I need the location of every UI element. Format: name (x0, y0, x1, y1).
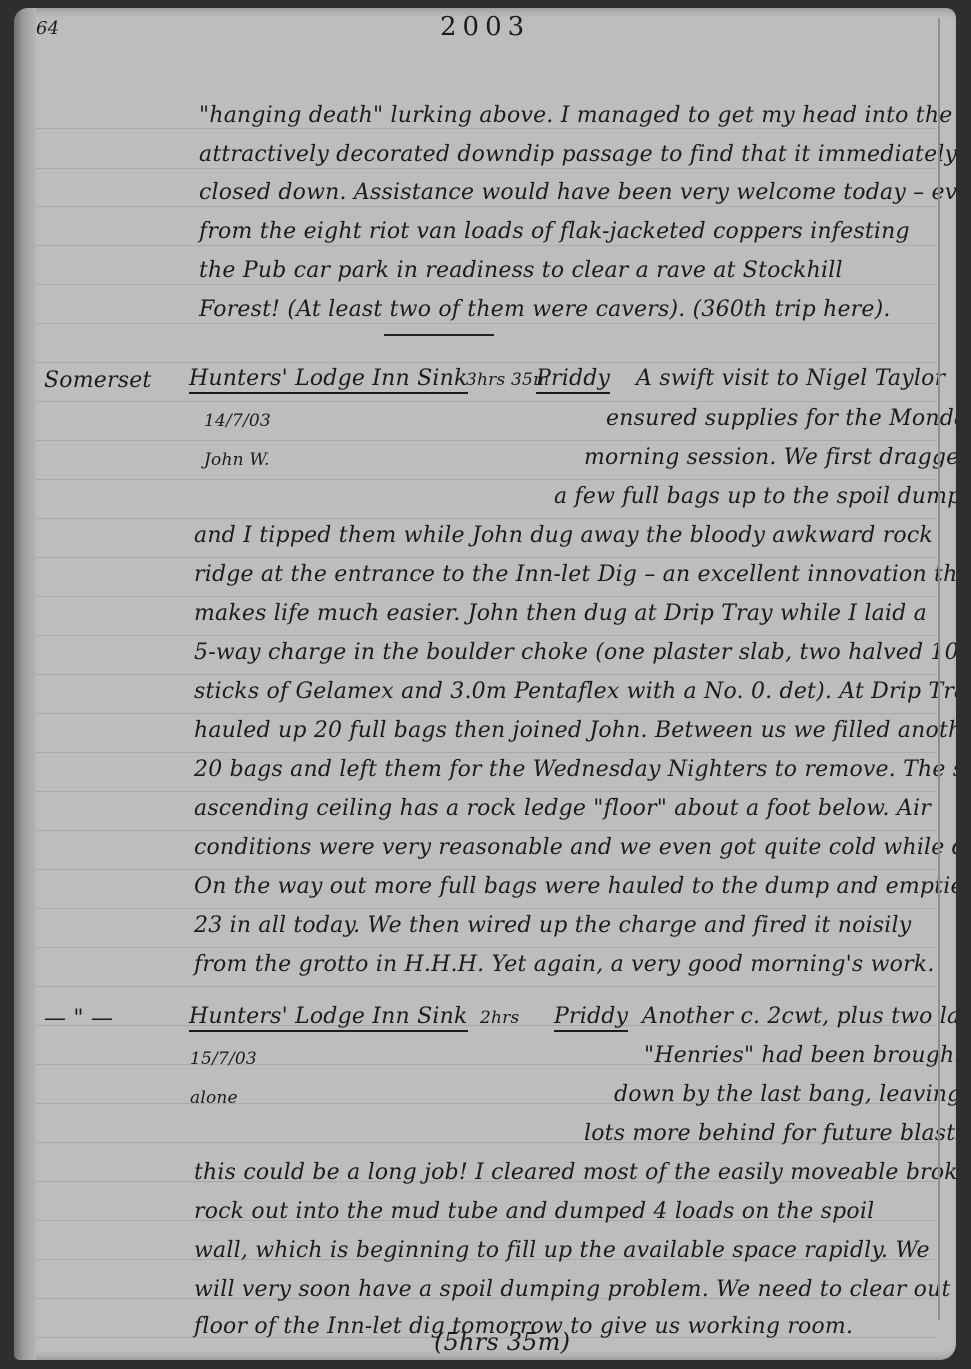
text-line: and I tipped them while John dug away th… (194, 523, 933, 548)
text-line: Forest! (At least two of them were caver… (199, 297, 891, 322)
entry-site: Hunters' Lodge Inn Sink (189, 366, 468, 394)
year-heading: 2003 (440, 12, 530, 42)
text-line: will very soon have a spoil dumping prob… (194, 1277, 956, 1302)
text-line: attractively decorated downdip passage t… (199, 142, 956, 167)
text-line: "hanging death" lurking above. I managed… (199, 103, 952, 128)
entry-companions: alone (190, 1088, 238, 1108)
text-line: ensured supplies for the Monday (606, 406, 956, 431)
entry-location: Priddy (536, 366, 610, 394)
text-line: ridge at the entrance to the Inn-let Dig… (194, 562, 956, 587)
text-line: conditions were very reasonable and we e… (194, 835, 956, 860)
entry-companions: John W. (204, 450, 270, 470)
text-line: makes life much easier. John then dug at… (194, 601, 927, 626)
text-line: this could be a long job! I cleared most… (194, 1160, 956, 1185)
text-line: 23 in all today. We then wired up the ch… (194, 913, 911, 938)
text-line: On the way out more full bags were haule… (194, 874, 956, 899)
total-duration: (5hrs 35m) (434, 1328, 570, 1356)
text-line: closed down. Assistance would have been … (199, 180, 956, 205)
text-line: wall, which is beginning to fill up the … (194, 1238, 930, 1263)
text-line: 20 bags and left them for the Wednesday … (194, 757, 956, 782)
entry-site: Hunters' Lodge Inn Sink (189, 1004, 468, 1032)
entry-region: Somerset (44, 368, 151, 393)
section-divider (384, 334, 494, 336)
text-line: ascending ceiling has a rock ledge "floo… (194, 796, 931, 821)
text-line: down by the last bang, leaving (614, 1082, 956, 1107)
page-number: 64 (36, 18, 59, 39)
text-line: rock out into the mud tube and dumped 4 … (194, 1199, 874, 1224)
text-line: the Pub car park in readiness to clear a… (199, 258, 843, 283)
text-line: from the grotto in H.H.H. Yet again, a v… (194, 952, 935, 977)
entry-region-ditto: — " — (44, 1006, 113, 1031)
text-line: A swift visit to Nigel Taylor (636, 366, 945, 391)
entry-date: 14/7/03 (204, 411, 271, 431)
text-line: sticks of Gelamex and 3.0m Pentaflex wit… (194, 679, 956, 704)
text-line: lots more behind for future blasts – (584, 1121, 956, 1146)
text-line: a few full bags up to the spoil dump (554, 484, 956, 509)
text-line: 5-way charge in the boulder choke (one p… (194, 640, 956, 665)
notebook-page: 64 2003 "hanging death" lurking above. I… (14, 8, 956, 1360)
entry-date: 15/7/03 (190, 1049, 257, 1069)
text-line: Another c. 2cwt, plus two large (642, 1004, 956, 1029)
entry-location: Priddy (554, 1004, 628, 1032)
entry-duration: 2hrs (480, 1008, 519, 1028)
text-line: hauled up 20 full bags then joined John.… (194, 718, 956, 743)
text-line: morning session. We first dragged (584, 445, 956, 470)
text-line: from the eight riot van loads of flak-ja… (199, 219, 910, 244)
text-line: "Henries" had been brought (644, 1043, 956, 1068)
